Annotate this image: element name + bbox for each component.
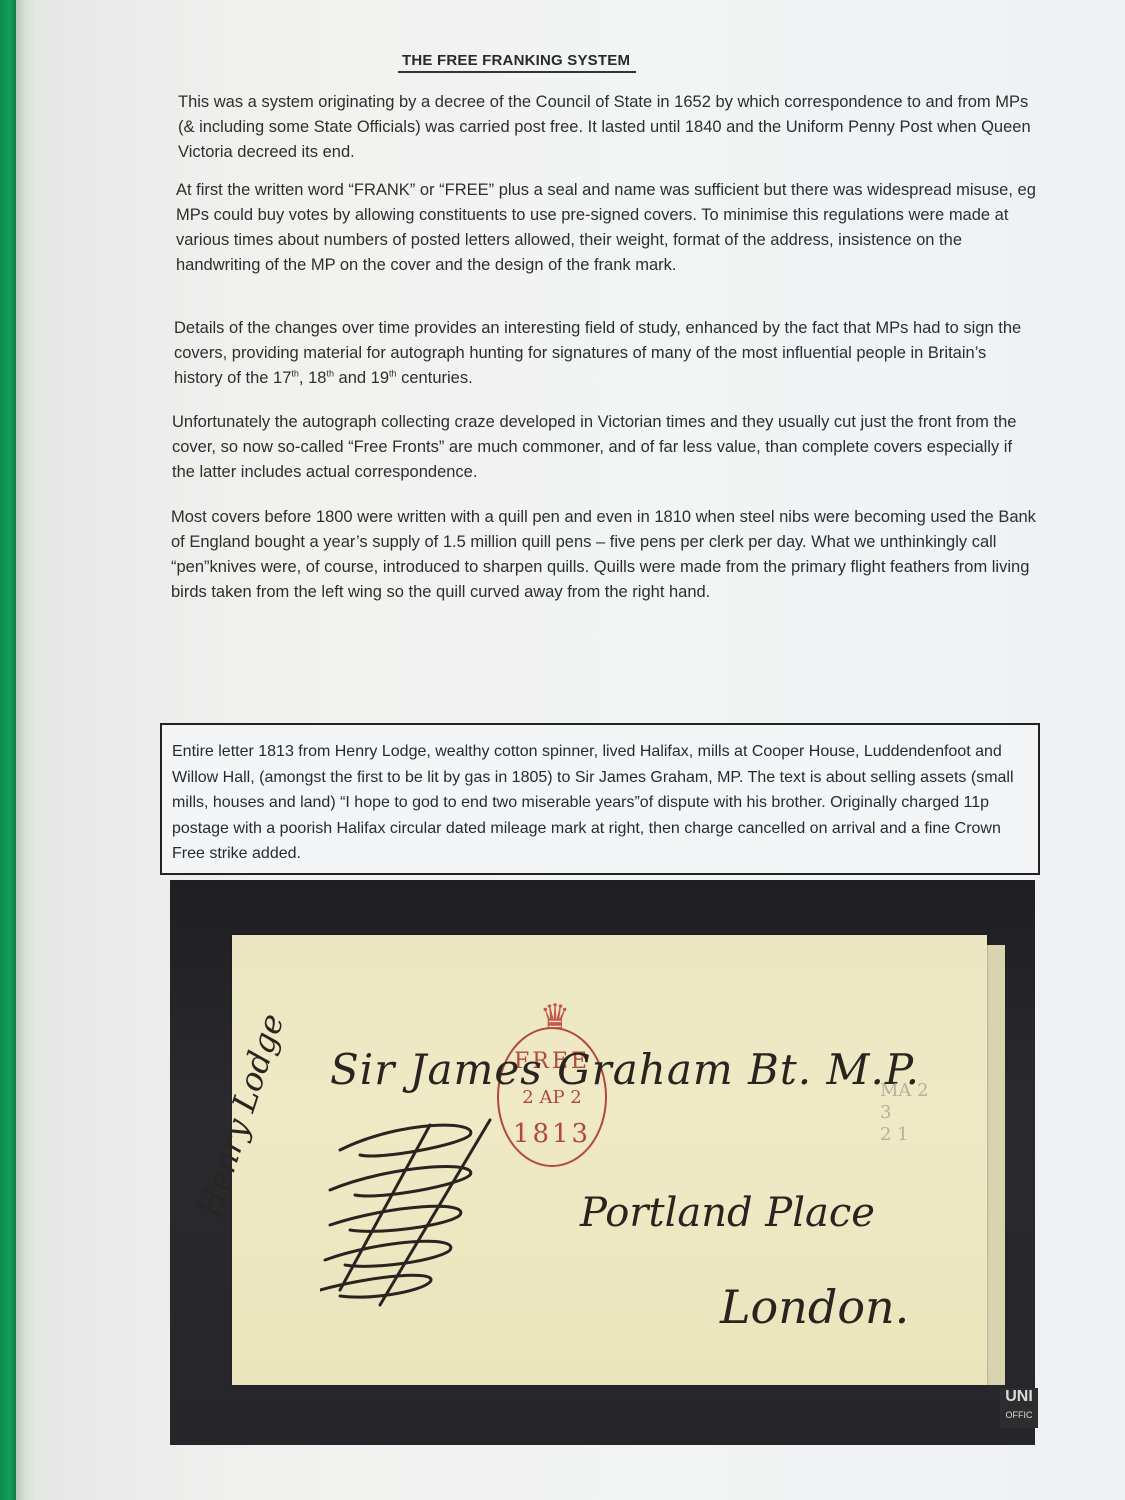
paragraph-origin: This was a system originating by a decre… [178,90,1038,165]
paragraph-free-fronts: Unfortunately the autograph collecting c… [172,410,1032,485]
letter-caption-box: Entire letter 1813 from Henry Lodge, wea… [160,723,1040,875]
letter-flap [987,945,1005,1385]
binder-spine [0,0,16,1500]
crown-icon: ♛ [527,997,583,1037]
watermark-subtext: OFFIC [1000,1406,1038,1424]
text-segment: and 19 [334,369,389,387]
superscript: th [326,369,334,379]
handwritten-street: Portland Place [580,1190,875,1236]
handwritten-city: London. [720,1280,909,1334]
watermark-logo: UNI OFFIC [1000,1388,1038,1428]
watermark-text: UNI [1005,1388,1033,1405]
postage-cancel-strike-icon [320,1110,500,1310]
text-segment: , 18 [299,369,327,387]
superscript: th [291,369,299,379]
paragraph-quill-pens: Most covers before 1800 were written wit… [171,505,1041,605]
letter-caption: Entire letter 1813 from Henry Lodge, wea… [172,739,1028,867]
halifax-mileage-mark: MA 2 3 2 1 [880,1080,929,1146]
paragraph-autographs: Details of the changes over time provide… [174,316,1034,391]
handwritten-addressee: Sir James Graham Bt. M.P. [330,1045,920,1094]
paragraph-misuse: At first the written word “FRANK” or “FR… [176,178,1036,278]
page-title: THE FREE FRANKING SYSTEM [398,52,636,73]
sleeve-edge [16,0,36,1500]
postmark-year: 1813 [499,1119,605,1149]
text-segment: centuries. [397,369,473,387]
superscript: th [389,369,397,379]
